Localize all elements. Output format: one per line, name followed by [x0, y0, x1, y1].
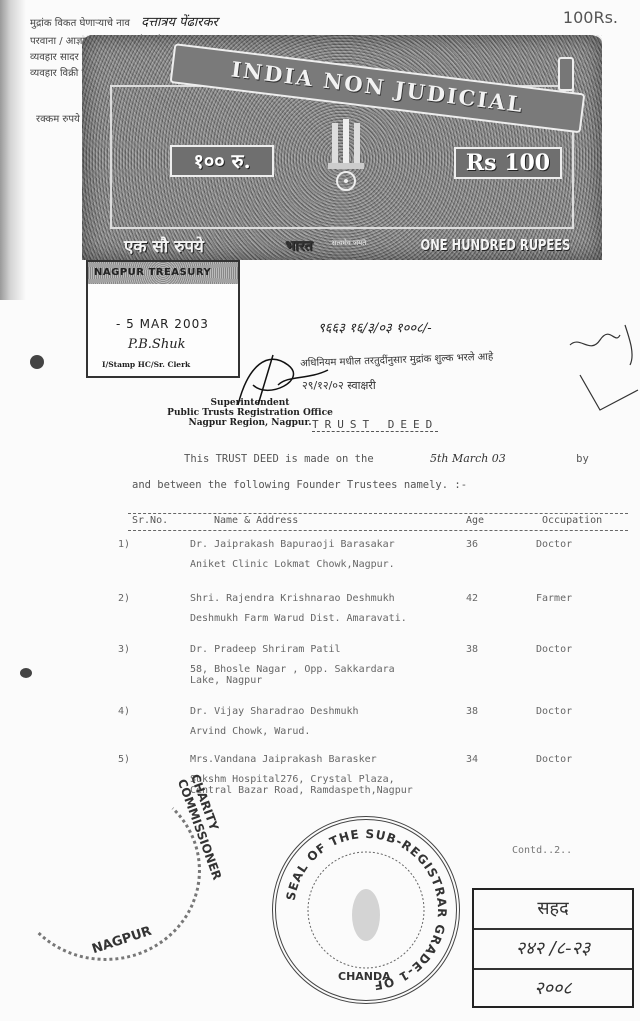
- note-value: दत्तात्रय पेंढारकर: [141, 15, 218, 30]
- trustee-occupation: Doctor: [536, 539, 572, 550]
- deed-title: TRUST DEED: [312, 418, 438, 432]
- value-english: Rs 100: [454, 147, 562, 179]
- table-rule-bottom: [128, 530, 628, 531]
- commissioner-seal: CHARITY COMMISSIONER NAGPUR: [10, 780, 201, 961]
- value-hindi: १०० रु.: [170, 145, 274, 177]
- registration-number: २४२ /८-२३: [474, 930, 632, 970]
- punch-hole: [30, 355, 44, 369]
- col-age: Age: [466, 515, 484, 526]
- trustee-age: 38: [466, 706, 478, 717]
- trustee-no: 4): [118, 706, 130, 717]
- trustee-address: Arvind Chowk, Warud.: [190, 726, 310, 737]
- deed-intro: This TRUST DEED is made on the 5th March…: [184, 452, 589, 465]
- amount-label: रक्कम रुपये: [36, 114, 80, 125]
- page-edge-shadow: [0, 0, 26, 300]
- office-designation: Superintendent: [160, 398, 340, 408]
- trustee-address: Sukshm Hospital276, Crystal Plaza, Centr…: [190, 774, 413, 796]
- intro-suffix: by: [576, 453, 589, 465]
- trustee-occupation: Doctor: [536, 754, 572, 765]
- table-rule-top: [128, 513, 628, 514]
- trustee-no: 3): [118, 644, 130, 655]
- trustee-address: Deshmukh Farm Warud Dist. Amaravati.: [190, 613, 407, 624]
- words-hindi: एक सौ रुपये: [124, 234, 204, 257]
- treasury-signature: P.B.Shuk: [128, 337, 185, 352]
- note-label: मुद्रांक विकत घेणाऱ्याचे नाव: [30, 18, 130, 29]
- office-name: Public Trusts Registration Office: [160, 408, 340, 418]
- scroll-end-icon: [558, 57, 574, 91]
- registration-label: सहद: [474, 890, 632, 930]
- punch-hole: [20, 668, 32, 678]
- seal-bottom-text: CHANDA: [338, 970, 391, 983]
- stamp-paper: INDIA NON JUDICIAL १०० रु. Rs 100 सत्यमे…: [82, 35, 602, 260]
- registration-year: २००८: [474, 970, 632, 1008]
- col-occupation: Occupation: [542, 515, 602, 526]
- treasury-header: NAGPUR TREASURY: [88, 262, 238, 284]
- trustee-no: 5): [118, 754, 130, 765]
- trustee-no: 1): [118, 539, 130, 550]
- trustee-age: 42: [466, 593, 478, 604]
- trustee-name: Shri. Rajendra Krishnarao Deshmukh: [190, 593, 395, 604]
- stamp-words: एक सौ रुपये भारत ONE HUNDRED RUPEES: [94, 233, 590, 257]
- continued-note: Contd..2..: [512, 845, 572, 856]
- trustee-name: Mrs.Vandana Jaiprakash Barasker: [190, 754, 377, 765]
- col-no: Sr.No.: [132, 515, 168, 526]
- words-english: ONE HUNDRED RUPEES: [420, 236, 570, 254]
- trustee-no: 2): [118, 593, 130, 604]
- trustee-address: Aniket Clinic Lokmat Chowk,Nagpur.: [190, 559, 395, 570]
- trustee-occupation: Farmer: [536, 593, 572, 604]
- trustee-occupation: Doctor: [536, 706, 572, 717]
- seal-bottom-text: NAGPUR: [90, 924, 153, 957]
- trustee-age: 38: [466, 644, 478, 655]
- deed-date: 5th March 03: [430, 452, 506, 465]
- treasury-date: - 5 MAR 2003: [116, 317, 209, 331]
- vendor-note: मुद्रांक विकत घेणाऱ्याचे नाव दत्तात्रय प…: [30, 12, 218, 30]
- treasury-stamp: NAGPUR TREASURY - 5 MAR 2003 P.B.Shuk I/…: [86, 260, 240, 378]
- treasury-role: I/Stamp HC/Sr. Clerk: [102, 360, 190, 369]
- trustee-address: 58, Bhosle Nagar , Opp. Sakkardara Lake,…: [190, 664, 395, 686]
- country-hindi: भारत: [285, 236, 312, 255]
- trustee-occupation: Doctor: [536, 644, 572, 655]
- trustee-age: 36: [466, 539, 478, 550]
- sub-registrar-seal: SEAL OF THE SUB-REGISTRAR GRADE-1 OF CHA…: [272, 816, 460, 1004]
- trustee-age: 34: [466, 754, 478, 765]
- col-name: Name & Address: [214, 515, 298, 526]
- registration-box: सहद २४२ /८-२३ २००८: [472, 888, 634, 1008]
- trustee-name: Dr. Jaiprakash Bapuraoji Barasakar: [190, 539, 395, 550]
- ashoka-emblem-icon: [322, 115, 370, 205]
- trustee-name: Dr. Pradeep Shriram Patil: [190, 644, 341, 655]
- right-signature-icon: [560, 315, 640, 415]
- intro-prefix: This TRUST DEED is made on the: [184, 453, 374, 465]
- trustee-name: Dr. Vijay Sharadrao Deshmukh: [190, 706, 359, 717]
- deed-intro-line2: and between the following Founder Truste…: [132, 479, 467, 491]
- serial-annotation: ९६६३ १६/३/०३ १००८/-: [318, 318, 432, 336]
- denomination-label: 100Rs.: [563, 8, 618, 27]
